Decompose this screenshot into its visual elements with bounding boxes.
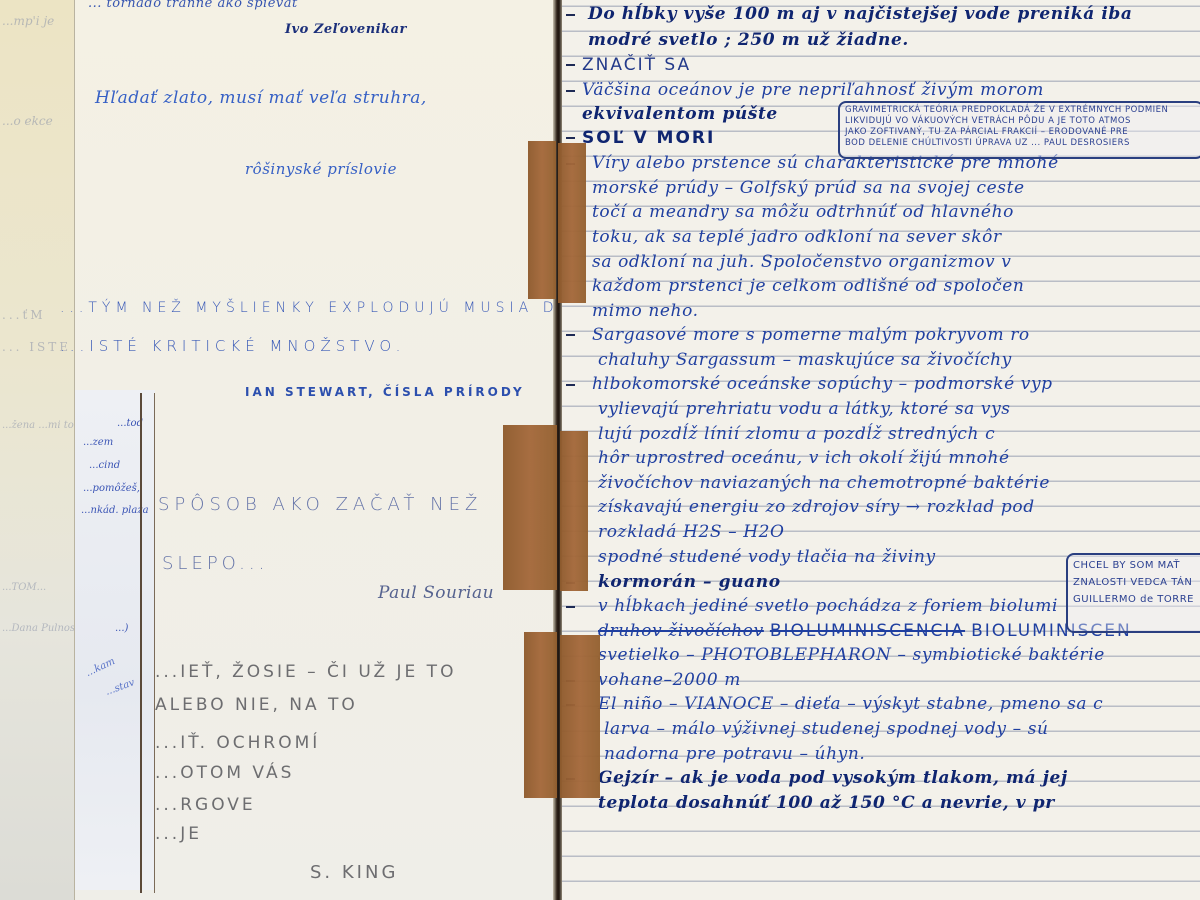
strip-scribble: ...kam (84, 656, 117, 679)
quote-5-line-6: ...JE (155, 824, 202, 844)
struck-text: BIOLUMINISCENCIA (770, 621, 965, 641)
box-line: CHCEL BY SOM MAŤ (1073, 557, 1200, 574)
strip-note: ...nkád. plaza (81, 505, 149, 516)
note-line: každom prstenci je celkom odlišné od spo… (592, 276, 1024, 296)
strip-rule (140, 393, 142, 893)
box-line: JAKO ZOFTIVANÝ, TU ZA PÁRCIAL FRAKCIÍ – … (845, 127, 1197, 138)
note-line: chaluhy Sargassum – maskujúce sa živočíc… (598, 350, 1012, 370)
note-line: Sargasové more s pomerne malým pokryvom … (592, 325, 1030, 345)
quote-5-line-5: ...RGOVE (155, 795, 256, 815)
note-line: modré svetlo ; 250 m už žiadne. (588, 30, 909, 50)
tape-piece (503, 425, 557, 590)
note-line: mimo neho. (592, 301, 699, 321)
tape-piece (524, 632, 557, 798)
quote-4-line-1: SPÔSOB AKO ZAČAŤ NEŽ (158, 494, 482, 515)
note-line: vohane–2000 m (598, 670, 741, 690)
quote-5-line-4: ...OTOM VÁS (155, 763, 294, 783)
quote-1-text: ... tornaďo tranne ako spievať (88, 0, 298, 11)
box-line: BOD DELENIE CHÚLTIVOSTI ÚPRAVA UZ ... PA… (845, 138, 1197, 149)
boxed-note-bottom: CHCEL BY SOM MAŤ ZNALOSTI VEDCA TÁN GUIL… (1066, 553, 1200, 633)
note-line: ekvivalentom púšte (582, 104, 778, 124)
note-line: larva – málo výživnej studenej spodnej v… (604, 719, 1049, 739)
faint-text: ...žena ...mi tod (2, 420, 80, 431)
quote-5-author: S. KING (310, 862, 398, 883)
quote-2-source: rôšinyské príslovie (245, 160, 397, 178)
tape-piece (560, 635, 600, 798)
note-line-struck: druhov živočíchov BIOLUMINISCENCIA BIOLU… (598, 621, 1132, 641)
quote-3-line-2: ...ISTÉ KRITICKÉ MNOŽSTVO. (60, 337, 405, 355)
bullet-dash (566, 90, 575, 92)
box-line: ZNALOSTI VEDCA TÁN (1073, 574, 1200, 591)
tape-piece (528, 141, 556, 299)
quote-1-author: Ivo Zeľovenikar (285, 22, 407, 37)
strip-note: ...pomôžeš, (83, 483, 140, 494)
strip-rule (154, 393, 155, 893)
note-line: toku, ak sa teplé jadro odkloní na sever… (592, 227, 1002, 247)
note-line: nadorna pre potravu – úhyn. (604, 744, 865, 764)
quote-5-line-3: ...IŤ. OCHROMÍ (155, 733, 320, 753)
note-line: hôr uprostred oceánu, v ich okolí žijú m… (598, 448, 1010, 468)
quote-5-line-2: ALEBO NIE, NA TO (155, 695, 358, 715)
quote-2-text: Hľadať zlato, musí mať veľa struhra, (95, 88, 427, 108)
quote-4-line-2: SLEPO... (162, 553, 268, 574)
faint-text: ...TOM... (2, 582, 46, 593)
note-line: hlbokomorské oceánske sopúchy – podmorsk… (592, 374, 1053, 394)
box-line: LIKVIDUJÚ VO VÁKUOVÝCH VETRÁCH PÔDU A JE… (845, 116, 1197, 127)
note-line: lujú pozdĺž línií zlomu a pozdĺž stredný… (598, 424, 995, 444)
note-line: vylievajú prehriatu vodu a látky, ktoré … (598, 399, 1011, 419)
note-line: Do hĺbky vyše 100 m aj v najčistejšej vo… (588, 4, 1133, 24)
faint-text: ...mp'i je (2, 14, 54, 28)
note-line: ZNAČIŤ SA (582, 55, 691, 75)
note-line: získavajú energiu zo zdrojov síry → rozk… (598, 497, 1035, 517)
quote-3-line-1: ...TÝM NEŽ MYŠLIENKY EXPLODUJÚ MUSIA DOS (60, 300, 588, 316)
note-line: El niño – VIANOCE – dieťa – výskyt stabn… (598, 694, 1103, 714)
bullet-dash (566, 334, 575, 336)
note-line: točí a meandry sa môžu odtrhnúť od hlavn… (592, 202, 1014, 222)
note-line: Gejzír – ak je voda pod vysokým tlakom, … (598, 768, 1068, 788)
strip-scribble: ...stav (104, 677, 136, 698)
bullet-dash (566, 384, 575, 386)
faint-text: ...o ekce (2, 114, 53, 128)
bullet-dash (566, 137, 575, 139)
tape-piece (560, 431, 588, 591)
note-line: Väčšina oceánov je pre nepriľahnosť živý… (582, 80, 1044, 100)
strip-note: ...) (115, 623, 128, 634)
bullet-dash (566, 14, 575, 16)
note-line: morské prúdy – Golfský prúd sa na svojej… (592, 178, 1025, 198)
quote-4-author: Paul Souriau (378, 583, 494, 603)
note-line: rozkladá H2S – H2O (598, 522, 785, 542)
strip-note: ...zem (83, 437, 113, 448)
note-line: sa odkloní na juh. Spoločenstvo organizm… (592, 252, 1011, 272)
box-line: GRAVIMETRICKÁ TEÓRIA PREDPOKLADÁ ŽE V EX… (845, 105, 1197, 116)
strip-note: ...cind (89, 460, 120, 471)
faint-text: ...ťM (2, 308, 46, 322)
note-line: svetielko – PHOTOBLEPHARON – symbiotické… (598, 645, 1105, 665)
bullet-dash (566, 606, 575, 608)
note-line: SOĽ V MORI (582, 128, 715, 148)
pasted-strip: ...tod ...zem ...cind ...pomôžeš, ...nká… (75, 390, 155, 890)
note-line: teplota dosahnúť 100 až 150 °C a nevrie,… (598, 793, 1055, 813)
note-line: v hĺbkach jediné svetlo pochádza z forie… (598, 596, 1058, 616)
note-line: kormorán – guano (598, 572, 781, 592)
note-line: spodné studené vody tlačia na živiny (598, 547, 936, 567)
quote-5-line-1: ...IEŤ, ŽOSIE – ČI UŽ JE TO (155, 662, 456, 682)
struck-text: druhov živočíchov (598, 621, 764, 641)
note-line: živočíchov naviazaných na chemotropné ba… (598, 473, 1050, 493)
quote-3-author: IAN STEWART, ČÍSLA PRÍRODY (245, 385, 525, 399)
boxed-note-top: GRAVIMETRICKÁ TEÓRIA PREDPOKLADÁ ŽE V EX… (838, 101, 1200, 159)
tape-piece (558, 143, 586, 303)
box-line: GUILLERMO de TORRE (1073, 591, 1200, 608)
bullet-dash (566, 64, 575, 66)
